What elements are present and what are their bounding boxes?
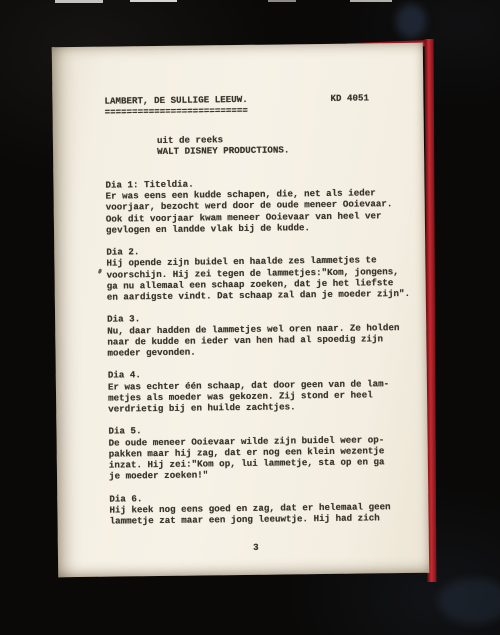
dia-section-2: Dia 2. Hij opende zijn buidel en haalde … xyxy=(106,243,407,303)
page-header: LAMBERT, DE SULLIGE LEEUW. KD 4051 xyxy=(104,92,396,96)
series-block: uit de reeks WALT DISNEY PRODUCTIONS. xyxy=(157,133,290,157)
top-edge-light-sliver xyxy=(55,0,103,3)
dia-section-6: Dia 6. Hij keek nog eens goed en zag, da… xyxy=(109,490,409,527)
typewritten-line: moeder gevonden. xyxy=(107,344,407,359)
typewritten-line: verdrietig bij en huilde zachtjes. xyxy=(108,400,408,415)
catalog-code: KD 4051 xyxy=(330,92,369,104)
top-edge-light-sliver xyxy=(130,0,177,2)
dia-section-1: Dia 1: Titeldia. Er was eens een kudde s… xyxy=(105,176,406,236)
dia-section-3: Dia 3. Nu, daar hadden de lammetjes wel … xyxy=(107,310,408,358)
dia-section-5: Dia 5. De oude meneer Ooievaar wilde zij… xyxy=(108,422,409,482)
typewritten-line: je moeder zoeken!" xyxy=(109,467,409,482)
blue-ink-smudge xyxy=(438,578,500,624)
top-edge-light-sliver xyxy=(268,0,296,2)
page-number: 3 xyxy=(110,540,402,555)
typewritten-line: en aardigste vindt. Dat schaap zal dan j… xyxy=(107,288,407,303)
stray-ink-mark xyxy=(98,268,102,274)
series-name: WALT DISNEY PRODUCTIONS. xyxy=(157,145,289,158)
script-body: Dia 1: Titeldia. Er was eens een kudde s… xyxy=(105,176,410,555)
photo-of-book-page: LAMBERT, DE SULLIGE LEEUW. KD 4051 =====… xyxy=(0,0,500,635)
top-edge-light-sliver xyxy=(350,0,392,2)
title-underline: ========================== xyxy=(105,105,248,118)
typewritten-page: LAMBERT, DE SULLIGE LEEUW. KD 4051 =====… xyxy=(52,43,429,577)
dia-section-4: Dia 4. Er was echter één schaap, dat doo… xyxy=(108,366,409,414)
typewritten-line: lammetje zat maar een jong leeuwtje. Hij… xyxy=(110,512,410,527)
blue-ink-smudge xyxy=(396,4,426,38)
